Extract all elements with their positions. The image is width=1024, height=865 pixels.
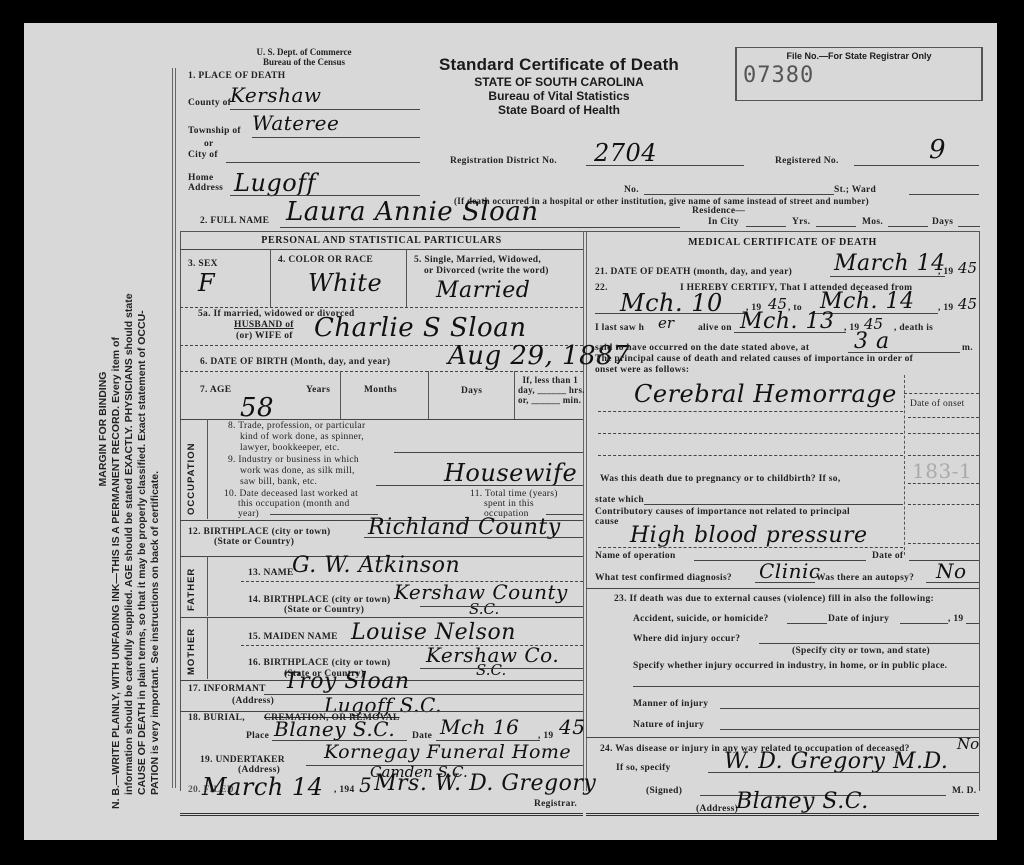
accident-label: Accident, suicide, or homicide? — [633, 614, 769, 624]
q9-label: 9. Industry or business in which work wa… — [228, 455, 359, 488]
burial-year-value[interactable]: 45 — [559, 715, 585, 739]
registered-no-value[interactable]: 9 — [929, 135, 946, 165]
date-of-injury-label: Date of injury — [828, 614, 889, 624]
mos-label: Mos. — [862, 217, 883, 227]
manner-of-injury-label: Manner of injury — [633, 699, 708, 709]
q9-line-2: work was done, as silk mill, — [228, 466, 359, 477]
pregnancy-question: Was this death due to pregnancy or to ch… — [600, 474, 841, 484]
board-name: State Board of Health — [429, 103, 689, 117]
autopsy-label: Was there an autopsy? — [816, 573, 914, 583]
q8-line-3: lawyer, bookkeeper, etc. — [228, 443, 365, 454]
informant-name-value[interactable]: Troy Sloan — [284, 669, 410, 694]
death-certificate: MARGIN FOR BINDING N. B.—WRITE PLAINLY, … — [24, 23, 997, 840]
home-address-value[interactable]: Lugoff — [234, 169, 316, 197]
township-value[interactable]: Wateree — [252, 111, 339, 135]
registrar-signature[interactable]: Mrs. W. D. Gregory — [374, 771, 596, 796]
q22-label: 22. — [595, 283, 608, 293]
time-of-death-value[interactable]: 3 a — [854, 329, 890, 354]
md-label: M. D. — [952, 786, 976, 796]
address-label: Address — [188, 183, 223, 193]
marital-label-1: 5. Single, Married, Widowed, — [414, 255, 541, 265]
q23-label: 23. If death was due to external causes … — [614, 594, 934, 604]
said-to-label: said to have occurred on the date stated… — [595, 343, 809, 353]
alive-on-label: alive on — [698, 323, 732, 333]
burial-label: 18. BURIAL, — [188, 713, 245, 723]
physician-address-value[interactable]: Blaney S.C. — [736, 789, 869, 814]
burial-place-label: Place — [246, 731, 269, 741]
cause-code: 183-1 — [912, 459, 972, 483]
undertaker-label: 19. UNDERTAKER — [200, 755, 285, 765]
margin-line-3: CAUSE OF DEATH in plain terms, so that i… — [136, 49, 149, 809]
q11-line-1: 11. Total time (years) — [470, 489, 558, 499]
birthplace-label: 12. BIRTHPLACE (city or town) — [188, 527, 331, 537]
principal-label-1: The principal cause of death and related… — [595, 354, 913, 364]
binding-label: MARGIN FOR BINDING — [97, 49, 110, 809]
dept-block: U. S. Dept. of Commerce Bureau of the Ce… — [234, 47, 374, 67]
death-is-label: , death is — [894, 323, 933, 333]
months-label: Months — [364, 385, 397, 395]
place-of-death-label: 1. PLACE OF DEATH — [188, 71, 285, 81]
contributory-label-2: cause — [595, 517, 619, 527]
street-ward-label: St.; Ward — [834, 185, 876, 195]
state-which-label: state which — [595, 495, 644, 505]
marital-label-2: or Divorced (write the word) — [424, 266, 549, 276]
q9-line-1: 9. Industry or business in which — [228, 455, 359, 466]
nature-of-injury-label: Nature of injury — [633, 720, 704, 730]
father-name-label: 13. NAME — [248, 568, 294, 578]
contributory-value[interactable]: High blood pressure — [630, 523, 868, 548]
sex-label: 3. SEX — [188, 259, 218, 269]
occupation-side-label: OCCUPATION — [186, 443, 197, 515]
specify-whether-label: Specify whether injury occurred in indus… — [633, 661, 947, 671]
q8-line-2: kind of work done, as spinner, — [228, 432, 365, 443]
father-side-label: FATHER — [186, 568, 197, 611]
dept-line-1: U. S. Dept. of Commerce — [234, 47, 374, 57]
marital-value[interactable]: Married — [436, 278, 530, 303]
q24-answer[interactable]: No — [957, 735, 979, 753]
injury-year-label: , 19 — [948, 614, 963, 624]
mother-maiden-value[interactable]: Louise Nelson — [351, 620, 516, 645]
city-label: City of — [188, 150, 218, 160]
date-of-onset-label: Date of onset — [910, 399, 965, 409]
file-number: 07380 — [743, 63, 981, 88]
m-label: m. — [962, 343, 973, 353]
no-label: No. — [624, 185, 639, 195]
days-label: Days — [932, 217, 953, 227]
race-value[interactable]: White — [308, 269, 382, 297]
father-birthplace-state-value[interactable]: S.C. — [469, 600, 499, 618]
registration-district-value[interactable]: 2704 — [594, 139, 657, 167]
informant-label: 17. INFORMANT — [188, 684, 266, 694]
registration-district-label: Registration District No. — [450, 156, 557, 166]
township-label: Township of — [188, 126, 241, 136]
county-label: County of — [188, 98, 231, 108]
spouse-label-3: (or) WIFE of — [236, 331, 293, 341]
occupation-value[interactable]: Housewife — [444, 459, 577, 487]
q8-label: 8. Trade, profession, or particular kind… — [228, 421, 365, 454]
specify-city-label: (Specify city or town, and state) — [792, 646, 930, 656]
file-number-label: File No.—For State Registrar Only — [737, 51, 981, 61]
dod-year-prefix: , 19 — [938, 267, 953, 277]
state-name: STATE OF SOUTH CAROLINA — [429, 75, 689, 89]
informant-address-label: (Address) — [232, 696, 274, 706]
last-saw-date-value[interactable]: Mch. 13 — [740, 309, 835, 334]
margin-line-1: N. B.—WRITE PLAINLY, WITH UNFADING INK—T… — [110, 49, 123, 809]
dod-year-value[interactable]: 45 — [958, 259, 977, 277]
days-label: Days — [461, 386, 482, 396]
age-less-than-day: If, less than 1 day, ______ hrs. or, ___… — [518, 375, 585, 405]
filed-year-value[interactable]: 5 — [359, 773, 372, 797]
contributory-label-1: Contributory causes of importance not re… — [595, 507, 850, 517]
mother-birthplace-state-value[interactable]: S.C. — [476, 661, 506, 679]
q11-line-2: spent in this — [470, 499, 558, 509]
years-label: Years — [306, 385, 330, 395]
personal-section-title: PERSONAL AND STATISTICAL PARTICULARS — [180, 235, 583, 246]
hrs-field[interactable]: day, ______ hrs. — [518, 385, 585, 395]
date-of-death-value[interactable]: March 14 — [834, 251, 946, 276]
full-name-value[interactable]: Laura Annie Sloan — [286, 197, 538, 227]
q9-line-3: saw bill, bank, etc. — [228, 477, 359, 488]
title-block: Standard Certificate of Death STATE OF S… — [429, 55, 689, 117]
less-than-1-label: If, less than 1 — [518, 375, 578, 385]
father-name-value[interactable]: G. W. Atkinson — [292, 553, 460, 578]
undertaker-name-value[interactable]: Kornegay Funeral Home — [324, 741, 571, 763]
principal-cause-value[interactable]: Cerebral Hemorrage — [634, 380, 897, 408]
test-label: What test confirmed diagnosis? — [595, 573, 732, 583]
operation-label: Name of operation — [595, 551, 676, 561]
binding-instructions: MARGIN FOR BINDING N. B.—WRITE PLAINLY, … — [97, 49, 162, 809]
spouse-value[interactable]: Charlie S Sloan — [314, 313, 526, 343]
margin-line-2: information should be carefully supplied… — [123, 49, 136, 809]
city-field[interactable] — [226, 162, 420, 163]
burial-date-value[interactable]: Mch 16 — [440, 715, 519, 739]
dept-line-2: Bureau of the Census — [234, 57, 374, 67]
q10-line-1: 10. Date deceased last worked at — [224, 489, 358, 499]
date-of-death-label: 21. DATE OF DEATH (month, day, and year) — [595, 267, 792, 277]
father-birthplace-state-label: (State or Country) — [284, 605, 364, 615]
q10-line-2: this occupation (month and — [224, 499, 358, 509]
father-birthplace-label: 14. BIRTHPLACE (city or town) — [248, 595, 391, 605]
last-saw-label: I last saw h — [595, 323, 644, 333]
margin-border — [172, 68, 176, 788]
last-saw-pronoun[interactable]: er — [658, 314, 674, 332]
bureau-name: Bureau of Vital Statistics — [429, 89, 689, 103]
home-label: Home — [188, 173, 213, 183]
race-label: 4. COLOR OR RACE — [278, 255, 373, 265]
registrar-label: Registrar. — [534, 799, 577, 809]
county-value[interactable]: Kershaw — [230, 83, 322, 107]
age-label: 7. AGE — [200, 385, 231, 395]
to-year-value[interactable]: 45 — [958, 295, 977, 313]
filed-date-value[interactable]: March 14 — [202, 773, 323, 801]
principal-label-2: onset were as follows: — [595, 365, 689, 375]
test-value[interactable]: Clinic — [759, 559, 821, 583]
margin-line-4: PATION is very important. See instructio… — [149, 49, 162, 809]
min-field[interactable]: or, ______ min. — [518, 395, 585, 405]
page-title: Standard Certificate of Death — [429, 55, 689, 75]
signed-label: (Signed) — [646, 786, 682, 796]
mother-maiden-label: 15. MAIDEN NAME — [248, 632, 338, 642]
burial-date-label: Date — [412, 731, 432, 741]
sex-value[interactable]: F — [198, 269, 215, 297]
filed-year-prefix: , 194 — [334, 785, 355, 795]
residence-label: Residence— — [692, 206, 745, 216]
mother-birthplace-label: 16. BIRTHPLACE (city or town) — [248, 658, 391, 668]
operation-date-label: Date of — [872, 551, 903, 561]
spouse-label-2: HUSBAND of — [234, 320, 294, 330]
where-injury-label: Where did injury occur? — [633, 634, 740, 644]
in-city-label: In City — [708, 217, 739, 227]
yrs-label: Yrs. — [792, 217, 810, 227]
file-number-box: File No.—For State Registrar Only 07380 — [735, 47, 983, 101]
registered-no-label: Registered No. — [775, 156, 839, 166]
if-so-label: If so, specify — [616, 763, 671, 773]
to-year-prefix: , 19 — [938, 303, 953, 313]
full-name-label: 2. FULL NAME — [200, 216, 269, 226]
dob-label: 6. DATE OF BIRTH (Month, day, and year) — [200, 357, 390, 367]
birthplace-state-label: (State or Country) — [214, 537, 294, 547]
burial-place-value[interactable]: Blaney S.C. — [274, 717, 395, 741]
q8-line-1: 8. Trade, profession, or particular — [228, 421, 365, 432]
mother-side-label: MOTHER — [186, 628, 197, 675]
or-label: or — [204, 139, 214, 149]
autopsy-value[interactable]: No — [936, 559, 967, 583]
physician-signature[interactable]: W. D. Gregory M.D. — [724, 749, 948, 774]
burial-year-prefix: , 19 — [538, 731, 553, 741]
medical-section-title: MEDICAL CERTIFICATE OF DEATH — [586, 237, 979, 248]
